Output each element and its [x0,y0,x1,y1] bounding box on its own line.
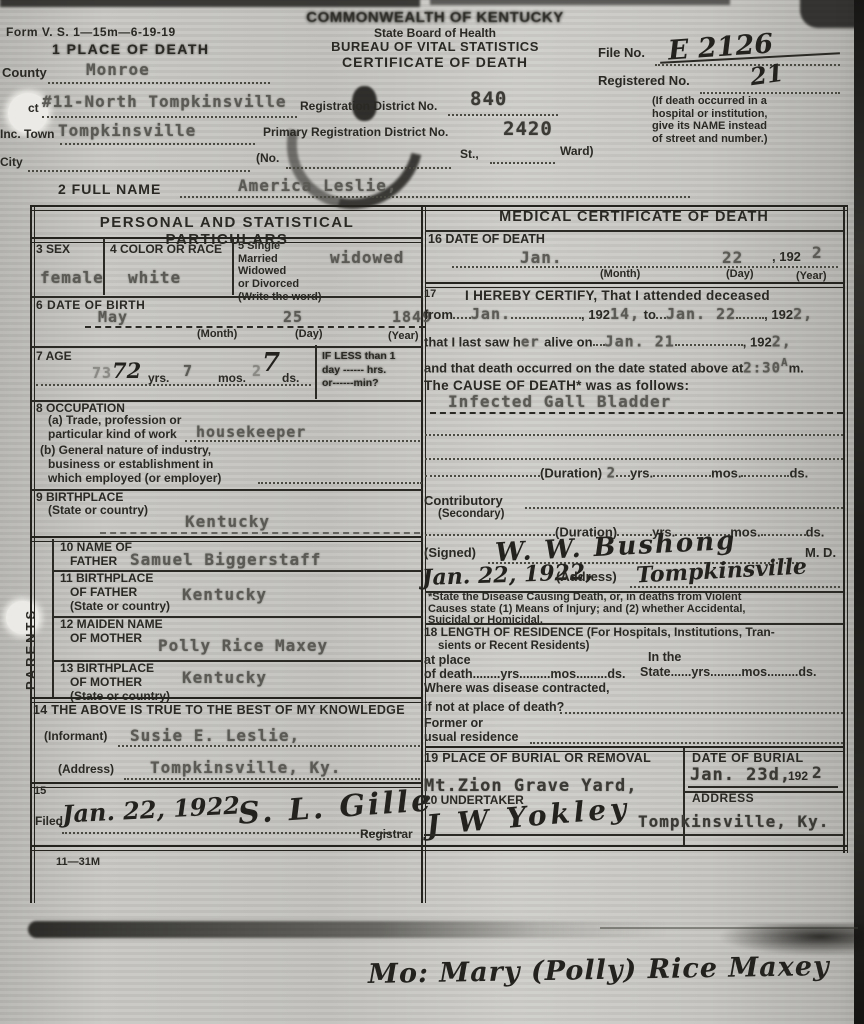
dob-cap-year: (Year) [388,330,419,342]
former-label-1: Former or [424,716,483,730]
left-title: PERSONAL AND STATISTICAL PARTICULARS [36,215,418,249]
table-right-rule [843,205,848,853]
mother-bp-line2: OF MOTHER [60,676,170,690]
certify-from-line: fromJan., 19214, toJan. 22, 1922, [424,305,844,323]
form-code: Form V. S. 1—15m—6-19-19 [6,26,176,39]
saw-er: er [521,334,540,350]
reg-district-value: 840 [470,88,507,110]
saw-date: Jan. 21 [605,332,675,350]
marital-line2: Married [238,253,322,266]
leader [736,307,764,319]
signed-addr-label: (Address) [556,570,617,585]
duration2-ds: ds. [806,524,825,539]
address-label: ADDRESS [692,792,754,805]
county-line [48,80,270,84]
leader [593,332,605,346]
filed-date-value: Jan. 22, 1922 [61,790,240,828]
primary-district-label: Primary Registration District No. [263,126,448,139]
genealogy-note: Mo: Mary (Polly) Rice Maxey [368,951,830,990]
pct-value: #11-North Tompkinsville [42,92,287,111]
informant-value: Susie E. Leslie, [130,726,300,745]
dob-cap-day: (Day) [295,328,323,340]
father-label-line1: 10 NAME OF [60,541,132,555]
birthplace-line [100,530,420,534]
from-month: Jan. [471,305,511,323]
dod-day: 22 [722,248,743,267]
leader [511,307,581,319]
city-label: City [0,156,23,169]
no-label: (No. [256,152,279,165]
sex-label: 3 SEX [36,243,70,256]
ward-label: Ward) [560,145,594,158]
inc-town-label: Inc. Town [0,128,54,141]
residence-label-2: sients or Recent Residents) [438,640,589,653]
saw-label-a: that I last saw h [424,334,521,349]
father-name-value: Samuel Biggerstaff [130,550,321,569]
leader [453,307,471,319]
parents-vertical-label: PARENTS [24,560,39,690]
age-label: 7 AGE [36,350,72,363]
contracted-label-2: if not at place of death? [424,700,564,714]
dob-cap-month: (Month) [197,328,237,340]
footnote-line1: *State the Disease Causing Death, or, in… [428,592,843,604]
leader [425,522,555,536]
pct-line [42,114,297,118]
mother-name-label: 12 MAIDEN NAME OF MOTHER [60,618,163,646]
reg-district-line [448,112,558,116]
place-of-death-label: 1 PLACE OF DEATH [52,42,210,58]
dod-cap-month: (Month) [600,268,640,280]
birthplace-sub: (State or country) [48,504,148,517]
leader [653,463,711,477]
marital-line3: Widowed [238,265,322,278]
occupation-b-line [258,480,422,484]
dod-192: , 192 [772,250,801,265]
certify-text: I HEREBY CERTIFY, That I attended deceas… [465,288,770,303]
primary-district-value: 2420 [503,118,553,140]
full-name-label: 2 FULL NAME [58,182,161,198]
duration-value: 2 [607,465,616,481]
race-marital-divider [232,238,234,295]
from-year: 14, [610,305,640,323]
former-line [530,740,843,744]
pct-label: ct [28,102,39,115]
signed-label: (Signed) [424,546,476,561]
scan-edge-top-2 [430,0,730,5]
md-label: M. D. [805,546,836,561]
dob-day: 25 [283,308,303,326]
contracted-line [560,710,843,714]
occupation-b3: which employed (or employer) [48,472,221,485]
registrar-label: Registrar [360,828,413,841]
marital-value: widowed [330,248,404,267]
registrar-signature: S. L. Gille [237,783,434,832]
father-name-label: 10 NAME OF FATHER [60,541,132,569]
filed-no: 15 [34,785,46,797]
st-line [490,160,555,164]
hospital-note-line1: (If death occurred in a [652,95,852,108]
duration-yrs: yrs. [630,465,653,480]
reg-district-label: Registration District No. [300,100,437,113]
mother-label-line2: OF MOTHER [60,632,163,646]
from-192: , 192 [581,307,610,322]
parents-divider [52,539,54,699]
secondary-label: (Secondary) [438,508,504,521]
contracted-label: Where was disease contracted, [424,681,610,695]
race-value: white [128,268,181,287]
print-code: 11—31M [56,856,100,868]
burial-192: 192 [788,770,808,783]
mother-bp-line1: 13 BIRTHPLACE [60,662,170,676]
to-date: Jan. 22 [666,305,736,323]
leader [741,463,789,477]
duration-label: (Duration) [540,465,602,480]
age-ifless-divider [315,345,317,399]
hospital-note: (If death occurred in a hospital or inst… [652,95,852,146]
occupation-b2: business or establishment in [48,458,213,471]
informant-addr-value: Tompkinsville, Ky. [150,758,341,777]
file-no-label: File No. [598,46,645,61]
age-days-typed: 2 [252,362,262,380]
if-less-line3: or------min? [322,377,396,391]
dob-label: 6 DATE OF BIRTH [36,299,145,312]
to-label: to [644,307,656,322]
certify-occurred-line: and that death occurred on the date stat… [424,356,844,377]
sex-race-divider [103,238,105,295]
certify-saw-line: that I last saw her alive onJan. 21, 192… [424,332,844,351]
duration-line: (Duration) 2yrs.mos.ds. [425,463,808,482]
city-line [28,168,250,172]
father-label-line2: FATHER [60,555,132,569]
hospital-note-line4: of street and number.) [652,133,852,146]
hospital-note-line2: hospital or institution, [652,108,852,121]
burial-label: 19 PLACE OF BURIAL OR REMOVAL [424,751,651,765]
if-less-line1: IF LESS than 1 [322,350,396,364]
inc-town-value: Tompkinsville [58,121,196,140]
age-days-value: 7 [262,348,280,378]
mother-bp-value: Kentucky [182,668,267,687]
attest-label: 14 THE ABOVE IS TRUE TO THE BEST OF MY K… [33,703,405,717]
st-label: St., [460,148,479,161]
occurred-time: 2:30 [743,360,781,376]
scan-edge-right [854,0,864,1024]
row6-rule [32,344,422,348]
leader [656,307,666,319]
dod-label: 16 DATE OF DEATH [428,232,545,246]
father-bp-line1: 11 BIRTHPLACE [60,572,170,586]
if-less-line2: day ------ hrs. [322,364,396,378]
marital-line4: or Divorced [238,278,322,291]
right-title: MEDICAL CERTIFICATE OF DEATH [430,209,838,225]
scan-streak-bottom [28,921,668,938]
dod-month: Jan. [520,248,563,267]
cause-line-2 [425,432,843,436]
of-death-line: of death........yrs.........mos.........… [424,667,625,681]
occupation-a1: (a) Trade, profession or [48,414,181,427]
mother-label-line1: 12 MAIDEN NAME [60,618,163,632]
left-title-rule [32,237,422,243]
occupation-b1: (b) General nature of industry, [40,444,211,457]
informant-label: (Informant) [44,730,107,743]
filed-line [62,830,402,834]
burial-date-label: DATE OF BURIAL [692,751,804,765]
occurred-sup: A [781,356,789,369]
cause-label: The CAUSE OF DEATH* was as follows: [424,378,689,393]
hospital-note-line3: give its NAME instead [652,120,852,133]
father-bp-line2: OF FATHER [60,586,170,600]
agency-header: COMMONWEALTH OF KENTUCKY State Board of … [290,10,580,70]
dod-line [452,264,838,268]
registered-no-value: 21 [748,58,785,91]
full-name-value: America Leslie, [238,176,398,195]
occurred-m: m. [789,360,804,375]
from-label: from [424,307,453,322]
birthplace-value: Kentucky [185,512,270,531]
leader [425,463,540,477]
duration-ds: ds. [789,465,808,480]
dob-line [85,324,425,328]
duration-mos: mos. [711,465,741,480]
registered-no-label: Registered No. [598,74,690,89]
saw-label-b: alive on [544,334,592,349]
death-certificate-scan: Form V. S. 1—15m—6-19-19 1 PLACE OF DEAT… [0,0,864,1024]
certify-no: 17 [424,288,436,300]
father-bp-value: Kentucky [182,585,267,604]
no-line [286,165,451,169]
inc-town-line [60,141,255,145]
marital-line1: 5 Single [238,240,322,253]
contributory-line [525,505,843,509]
registered-no-line [700,90,840,94]
contributory-label: Contributory [424,494,503,509]
bureau-title: BUREAU OF VITAL STATISTICS [290,40,580,55]
age-years-typed: 73 [92,364,112,382]
leader [761,522,806,536]
filed-label: Filed [35,815,63,828]
occurred-label: and that death occurred on the date stat… [424,360,743,375]
former-label-2: usual residence [424,730,519,744]
burial-date-line [688,784,838,788]
certificate-title: CERTIFICATE OF DEATH [290,55,580,71]
leader [675,332,743,346]
to-year: 2, [793,305,813,323]
mother-name-value: Polly Rice Maxey [158,636,328,655]
cause-line-3 [425,456,843,460]
age-years-value: 72 [112,358,141,383]
leader [616,463,630,477]
dod-cap-day: (Day) [726,268,754,280]
saw-192: , 192 [743,334,772,349]
if-less-note: IF LESS than 1 day ------ hrs. or------m… [322,350,396,391]
board-title: State Board of Health [290,27,580,40]
burial-date-value: Jan. 23d, [690,765,791,785]
burial-year: 2 [812,763,823,782]
age-line [36,382,311,386]
saw-year: 2, [772,332,792,350]
in-the-label: In the [648,650,681,664]
scan-edge-top [0,0,420,7]
commonwealth-title: COMMONWEALTH OF KENTUCKY [290,10,580,27]
county-label: County [2,66,47,81]
undertaker-addr: Tompkinsville, Ky. [638,812,829,831]
table-bottom-rule [30,845,848,851]
dod-cap-year: (Year) [796,270,827,282]
at-place-label: at place [424,653,471,667]
to-192: , 192 [764,307,793,322]
occupation-value: housekeeper [196,423,306,441]
race-label: 4 COLOR OR RACE [110,243,222,256]
age-months-value: 7 [183,362,193,380]
residence-label-1: 18 LENGTH OF RESIDENCE (For Hospitals, I… [424,626,775,639]
state-line: State......yrs.........mos.........ds. [640,665,816,679]
table-left-rule [30,205,35,903]
dod-year: 2 [812,243,823,262]
cause-line [430,410,843,414]
informant-addr-label: (Address) [58,763,114,776]
cause-value: Infected Gall Bladder [448,392,671,411]
dob-month: May [98,308,128,326]
county-value: Monroe [86,60,150,79]
father-bp-line3: (State or country) [60,600,170,614]
undertaker-line [424,832,843,836]
father-bp-label: 11 BIRTHPLACE OF FATHER (State or countr… [60,572,170,613]
occupation-a2: particular kind of work [48,428,177,441]
sex-value: female [40,268,104,287]
